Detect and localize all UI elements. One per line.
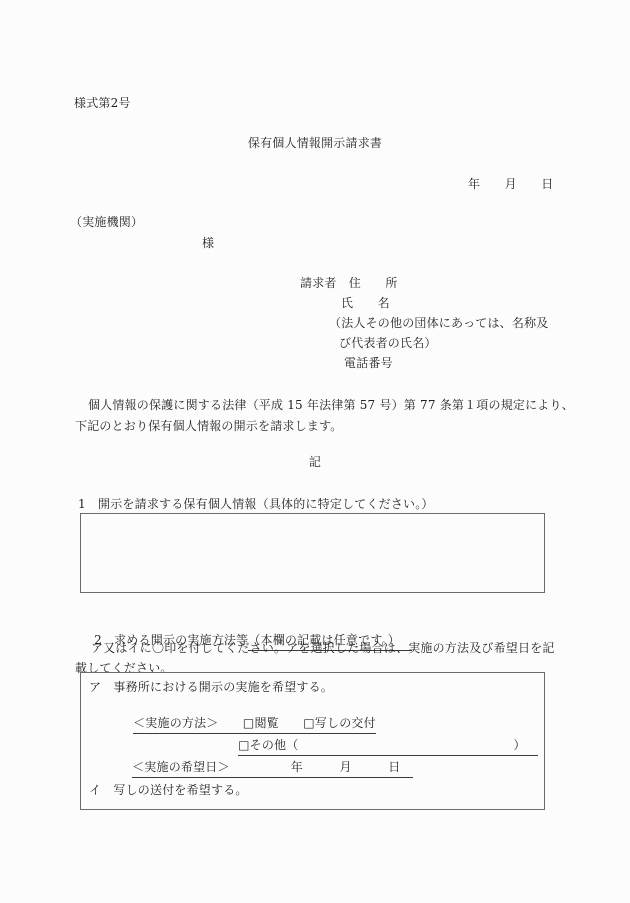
section1-entry-box — [80, 513, 545, 593]
desired-date-label: ＜実施の希望日＞ — [132, 760, 291, 774]
document-page: 様式第2号 保有個人情報開示請求書 年 月 日 （実施機関） 様 請求者 住 所… — [0, 0, 630, 903]
section2-options-box: ア 事務所における開示の実施を希望する。 ＜実施の方法＞ □閲覧 □写しの交付 … — [80, 672, 545, 810]
requester-name-line: 氏 名 — [341, 296, 390, 311]
option-a-label: ア 事務所における開示の実施を希望する。 — [89, 680, 333, 695]
other-paren-close: ） — [513, 738, 525, 752]
option-b-label: イ 写しの送付を希望する。 — [89, 783, 248, 798]
body-paragraph-line2: 下記のとおり保有個人情報の開示を請求します。 — [75, 419, 342, 434]
record-separator: 記 — [0, 455, 630, 470]
date-line: 年 月 日 — [468, 177, 553, 192]
body-paragraph-line1: 個人情報の保護に関する法律（平成 15 年法律第 57 号）第 77 条第１項の… — [88, 398, 574, 413]
agency-label: （実施機関） — [70, 215, 143, 230]
corporate-note-line2: び代表者の氏名） — [339, 336, 437, 351]
phone-number-label: 電話番号 — [344, 356, 393, 371]
form-number: 様式第2号 — [74, 96, 131, 111]
requester-address-line: 請求者 住 所 — [300, 276, 398, 291]
section1-heading: 1 開示を請求する保有個人情報（具体的に特定してください。） — [78, 497, 434, 512]
desired-date-fields: 年 月 日 — [291, 760, 401, 774]
honorific-sama: 様 — [202, 236, 214, 251]
corporate-note-line1: （法人その他の団体にあっては、名称及 — [329, 316, 548, 331]
document-title: 保有個人情報開示請求書 — [0, 136, 630, 151]
section2-instruction-line1: ア又はイに〇印を付してください。アを選択した場合は、実施の方法及び希望日を記 — [91, 641, 555, 656]
